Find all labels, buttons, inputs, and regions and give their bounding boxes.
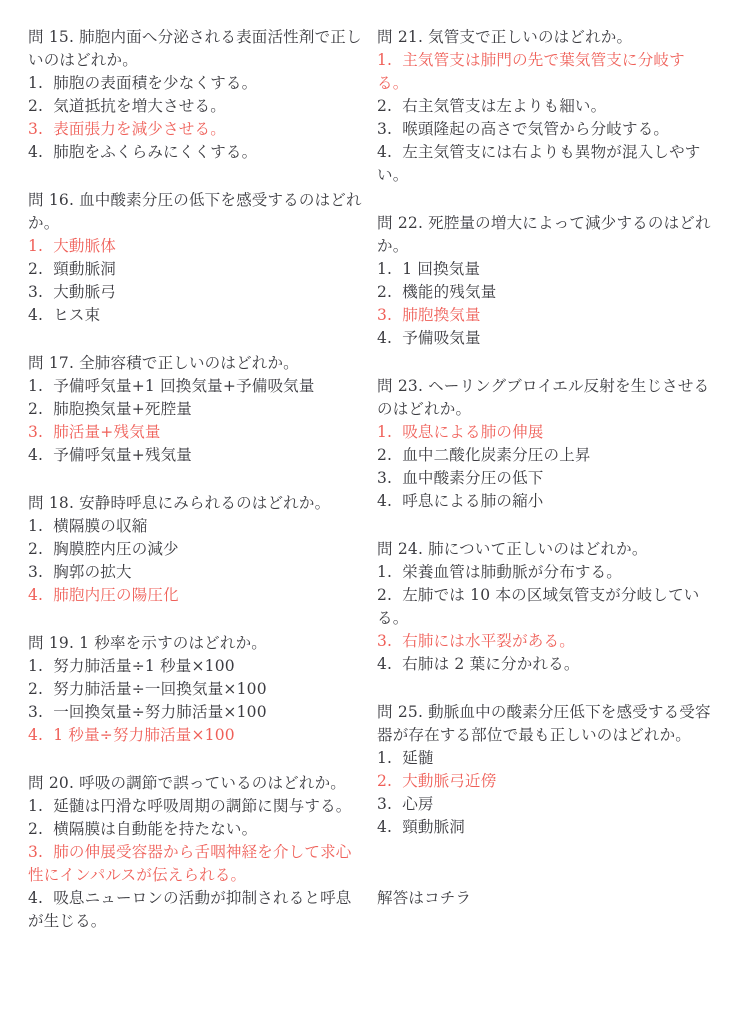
- answer-option: 3.喉頭隆起の高さで気管から分岐する。: [377, 118, 714, 141]
- question-title: 問 23.ヘーリングブロイエル反射を生じさせるのはどれか。: [377, 375, 714, 421]
- answer-option: 3.心房: [377, 793, 714, 816]
- option-text: 大動脈弓: [53, 283, 116, 301]
- option-text: 右肺には水平裂がある。: [402, 632, 575, 650]
- question-number: 問 23.: [377, 377, 423, 395]
- option-number: 3.: [377, 120, 392, 138]
- option-text: 肺の伸展受容器から舌咽神経を介して求心性にインパルスが伝えられる。: [28, 843, 352, 884]
- option-text: 血中酸素分圧の低下: [402, 469, 543, 487]
- option-number: 1.: [28, 74, 43, 92]
- answer-option: 2.左肺では 10 本の区域気管支が分岐している。: [377, 584, 714, 630]
- question-title: 問 18.安静時呼息にみられるのはどれか。: [28, 492, 365, 515]
- answer-option: 3.大動脈弓: [28, 281, 365, 304]
- option-text: 胸郭の拡大: [53, 563, 132, 581]
- answer-option: 2.血中二酸化炭素分圧の上昇: [377, 444, 714, 467]
- answer-option-correct: 4.1 秒量÷努力肺活量×100: [28, 724, 365, 747]
- option-number: 2.: [28, 260, 43, 278]
- answer-option-correct: 1.主気管支は肺門の先で葉気管支に分岐する。: [377, 49, 714, 95]
- answer-option-correct: 2.大動脈弓近傍: [377, 770, 714, 793]
- answer-option: 2.気道抵抗を増大させる。: [28, 95, 365, 118]
- option-number: 1.: [377, 749, 392, 767]
- answer-option: 4.ヒス束: [28, 304, 365, 327]
- option-text: 表面張力を減少させる。: [53, 120, 226, 138]
- option-text: 横隔膜は自動能を持たない。: [53, 820, 257, 838]
- option-number: 3.: [28, 843, 43, 861]
- option-number: 4.: [377, 492, 392, 510]
- answer-option: 4.予備吸気量: [377, 327, 714, 350]
- question-title: 問 24.肺について正しいのはどれか。: [377, 538, 714, 561]
- answer-option-correct: 3.肺の伸展受容器から舌咽神経を介して求心性にインパルスが伝えられる。: [28, 841, 365, 887]
- option-number: 3.: [28, 120, 43, 138]
- option-text: 気道抵抗を増大させる。: [53, 97, 226, 115]
- option-text: 予備呼気量+残気量: [53, 446, 192, 464]
- option-number: 4.: [377, 329, 392, 347]
- question-block: 問 16.血中酸素分圧の低下を感受するのはどれか。 1.大動脈体 2.頸動脈洞 …: [28, 189, 365, 327]
- answers-link[interactable]: 解答はコチラ: [377, 887, 714, 910]
- option-number: 4.: [28, 726, 43, 744]
- option-number: 4.: [377, 655, 392, 673]
- option-text: 肺胞の表面積を少なくする。: [53, 74, 257, 92]
- option-text: 肺胞換気量+死腔量: [53, 400, 192, 418]
- option-number: 3.: [28, 563, 43, 581]
- answer-option: 4.右肺は 2 葉に分かれる。: [377, 653, 714, 676]
- answer-option-correct: 3.右肺には水平裂がある。: [377, 630, 714, 653]
- option-number: 2.: [28, 97, 43, 115]
- option-number: 1.: [28, 517, 43, 535]
- right-column: 問 21.気管支で正しいのはどれか。 1.主気管支は肺門の先で葉気管支に分岐する…: [377, 26, 714, 958]
- option-text: 努力肺活量÷一回換気量×100: [53, 680, 267, 698]
- answer-option: 1.延髄は円滑な呼吸周期の調節に関与する。: [28, 795, 365, 818]
- question-title: 問 21.気管支で正しいのはどれか。: [377, 26, 714, 49]
- question-number: 問 22.: [377, 214, 423, 232]
- question-text: 気管支で正しいのはどれか。: [428, 28, 632, 46]
- left-column: 問 15.肺胞内面へ分泌される表面活性剤で正しいのはどれか。 1.肺胞の表面積を…: [28, 26, 365, 958]
- option-number: 1.: [377, 423, 392, 441]
- option-number: 2.: [28, 540, 43, 558]
- question-block: 問 24.肺について正しいのはどれか。 1.栄養血管は肺動脈が分布する。 2.左…: [377, 538, 714, 676]
- question-number: 問 18.: [28, 494, 74, 512]
- option-number: 4.: [377, 143, 392, 161]
- question-title: 問 15.肺胞内面へ分泌される表面活性剤で正しいのはどれか。: [28, 26, 365, 72]
- answer-option: 1.肺胞の表面積を少なくする。: [28, 72, 365, 95]
- question-text: 動脈血中の酸素分圧低下を感受する受容器が存在する部位で最も正しいのはどれか。: [377, 703, 711, 744]
- answer-option-correct: 3.肺胞換気量: [377, 304, 714, 327]
- question-number: 問 19.: [28, 634, 74, 652]
- answer-option-correct: 3.肺活量+残気量: [28, 421, 365, 444]
- question-block: 問 19.1 秒率を示すのはどれか。 1.努力肺活量÷1 秒量×100 2.努力…: [28, 632, 365, 747]
- option-text: 心房: [402, 795, 433, 813]
- answer-option: 3.一回換気量÷努力肺活量×100: [28, 701, 365, 724]
- option-text: 延髄: [402, 749, 433, 767]
- option-number: 3.: [377, 632, 392, 650]
- answer-option: 4.吸息ニューロンの活動が抑制されると呼息が生じる。: [28, 887, 365, 933]
- option-number: 3.: [377, 795, 392, 813]
- option-number: 2.: [377, 283, 392, 301]
- option-text: 右主気管支は左よりも細い。: [402, 97, 606, 115]
- option-text: 栄養血管は肺動脈が分布する。: [402, 563, 622, 581]
- option-text: 肺活量+残気量: [53, 423, 160, 441]
- option-number: 3.: [28, 283, 43, 301]
- option-number: 3.: [377, 306, 392, 324]
- answer-option: 4.呼息による肺の縮小: [377, 490, 714, 513]
- option-number: 2.: [377, 772, 392, 790]
- option-number: 3.: [377, 469, 392, 487]
- option-text: 吸息による肺の伸展: [402, 423, 543, 441]
- option-number: 3.: [28, 423, 43, 441]
- option-number: 2.: [28, 820, 43, 838]
- answer-option: 4.予備呼気量+残気量: [28, 444, 365, 467]
- answer-option: 2.右主気管支は左よりも細い。: [377, 95, 714, 118]
- option-text: 肺胞換気量: [402, 306, 481, 324]
- option-text: 1 秒量÷努力肺活量×100: [53, 726, 235, 744]
- option-text: 吸息ニューロンの活動が抑制されると呼息が生じる。: [28, 889, 352, 930]
- option-number: 4.: [28, 143, 43, 161]
- question-block: 問 20.呼吸の調節で誤っているのはどれか。 1.延髄は円滑な呼吸周期の調節に関…: [28, 772, 365, 933]
- option-text: 1 回換気量: [402, 260, 480, 278]
- answer-option: 1.横隔膜の収縮: [28, 515, 365, 538]
- question-number: 問 25.: [377, 703, 423, 721]
- option-text: 頸動脈洞: [53, 260, 116, 278]
- option-number: 1.: [377, 260, 392, 278]
- option-text: 胸膜腔内圧の減少: [53, 540, 179, 558]
- option-text: 大動脈体: [53, 237, 116, 255]
- option-text: 左主気管支には右よりも異物が混入しやすい。: [377, 143, 701, 184]
- answer-option: 2.努力肺活量÷一回換気量×100: [28, 678, 365, 701]
- option-number: 4.: [28, 306, 43, 324]
- question-number: 問 16.: [28, 191, 74, 209]
- option-text: 肺胞をふくらみにくくする。: [53, 143, 257, 161]
- question-text: 血中酸素分圧の低下を感受するのはどれか。: [28, 191, 362, 232]
- option-number: 1.: [28, 797, 43, 815]
- option-text: 努力肺活量÷1 秒量×100: [53, 657, 235, 675]
- question-block: 問 21.気管支で正しいのはどれか。 1.主気管支は肺門の先で葉気管支に分岐する…: [377, 26, 714, 187]
- answer-option: 1.予備呼気量+1 回換気量+予備吸気量: [28, 375, 365, 398]
- question-number: 問 17.: [28, 354, 74, 372]
- question-title: 問 25.動脈血中の酸素分圧低下を感受する受容器が存在する部位で最も正しいのはど…: [377, 701, 714, 747]
- option-number: 2.: [28, 400, 43, 418]
- question-text: 安静時呼息にみられるのはどれか。: [79, 494, 330, 512]
- quiz-document: 問 15.肺胞内面へ分泌される表面活性剤で正しいのはどれか。 1.肺胞の表面積を…: [0, 0, 742, 958]
- question-number: 問 15.: [28, 28, 74, 46]
- option-number: 4.: [28, 889, 43, 907]
- option-number: 4.: [28, 586, 43, 604]
- option-text: 呼息による肺の縮小: [402, 492, 543, 510]
- question-block: 問 23.ヘーリングブロイエル反射を生じさせるのはどれか。 1.吸息による肺の伸…: [377, 375, 714, 513]
- answer-option: 3.血中酸素分圧の低下: [377, 467, 714, 490]
- question-block: 問 17.全肺容積で正しいのはどれか。 1.予備呼気量+1 回換気量+予備吸気量…: [28, 352, 365, 467]
- question-title: 問 20.呼吸の調節で誤っているのはどれか。: [28, 772, 365, 795]
- option-number: 4.: [28, 446, 43, 464]
- answer-option-correct: 3.表面張力を減少させる。: [28, 118, 365, 141]
- question-text: 死腔量の増大によって減少するのはどれか。: [377, 214, 711, 255]
- option-text: 血中二酸化炭素分圧の上昇: [402, 446, 590, 464]
- option-text: 予備吸気量: [402, 329, 481, 347]
- answer-option: 1.延髄: [377, 747, 714, 770]
- option-text: 頸動脈洞: [402, 818, 465, 836]
- option-text: 大動脈弓近傍: [402, 772, 496, 790]
- answer-option: 1.栄養血管は肺動脈が分布する。: [377, 561, 714, 584]
- option-number: 1.: [28, 377, 43, 395]
- question-title: 問 17.全肺容積で正しいのはどれか。: [28, 352, 365, 375]
- question-text: 全肺容積で正しいのはどれか。: [79, 354, 299, 372]
- question-number: 問 20.: [28, 774, 74, 792]
- answer-option: 2.肺胞換気量+死腔量: [28, 398, 365, 421]
- option-text: 横隔膜の収縮: [53, 517, 147, 535]
- answer-option: 2.機能的残気量: [377, 281, 714, 304]
- option-text: 主気管支は肺門の先で葉気管支に分岐する。: [377, 51, 685, 92]
- answer-option: 4.左主気管支には右よりも異物が混入しやすい。: [377, 141, 714, 187]
- answer-option: 1.1 回換気量: [377, 258, 714, 281]
- option-text: 肺胞内圧の陽圧化: [53, 586, 179, 604]
- answer-option: 3.胸郭の拡大: [28, 561, 365, 584]
- question-title: 問 19.1 秒率を示すのはどれか。: [28, 632, 365, 655]
- answer-option: 4.肺胞をふくらみにくくする。: [28, 141, 365, 164]
- option-text: 左肺では 10 本の区域気管支が分岐している。: [377, 586, 699, 627]
- option-number: 2.: [377, 586, 392, 604]
- option-number: 4.: [377, 818, 392, 836]
- option-text: 一回換気量÷努力肺活量×100: [53, 703, 267, 721]
- question-text: 1 秒率を示すのはどれか。: [79, 634, 267, 652]
- option-text: 右肺は 2 葉に分かれる。: [402, 655, 579, 673]
- question-text: 肺について正しいのはどれか。: [428, 540, 648, 558]
- option-text: 喉頭隆起の高さで気管から分岐する。: [402, 120, 669, 138]
- answer-option-correct: 4.肺胞内圧の陽圧化: [28, 584, 365, 607]
- option-text: ヒス束: [53, 306, 100, 324]
- question-number: 問 24.: [377, 540, 423, 558]
- question-block: 問 22.死腔量の増大によって減少するのはどれか。 1.1 回換気量 2.機能的…: [377, 212, 714, 350]
- question-text: 呼吸の調節で誤っているのはどれか。: [79, 774, 346, 792]
- answer-option: 2.横隔膜は自動能を持たない。: [28, 818, 365, 841]
- question-title: 問 22.死腔量の増大によって減少するのはどれか。: [377, 212, 714, 258]
- question-block: 問 18.安静時呼息にみられるのはどれか。 1.横隔膜の収縮 2.胸膜腔内圧の減…: [28, 492, 365, 607]
- answer-option: 1.努力肺活量÷1 秒量×100: [28, 655, 365, 678]
- question-block: 問 15.肺胞内面へ分泌される表面活性剤で正しいのはどれか。 1.肺胞の表面積を…: [28, 26, 365, 164]
- question-text: 肺胞内面へ分泌される表面活性剤で正しいのはどれか。: [28, 28, 362, 69]
- option-number: 1.: [28, 657, 43, 675]
- option-text: 延髄は円滑な呼吸周期の調節に関与する。: [53, 797, 351, 815]
- question-number: 問 21.: [377, 28, 423, 46]
- answer-option: 4.頸動脈洞: [377, 816, 714, 839]
- answer-option: 2.頸動脈洞: [28, 258, 365, 281]
- answer-option-correct: 1.吸息による肺の伸展: [377, 421, 714, 444]
- answer-option: 2.胸膜腔内圧の減少: [28, 538, 365, 561]
- option-number: 2.: [377, 97, 392, 115]
- option-number: 2.: [28, 680, 43, 698]
- option-number: 3.: [28, 703, 43, 721]
- option-number: 1.: [28, 237, 43, 255]
- option-text: 機能的残気量: [402, 283, 496, 301]
- option-number: 1.: [377, 51, 392, 69]
- option-number: 1.: [377, 563, 392, 581]
- option-number: 2.: [377, 446, 392, 464]
- answer-option-correct: 1.大動脈体: [28, 235, 365, 258]
- option-text: 予備呼気量+1 回換気量+予備吸気量: [53, 377, 314, 395]
- question-text: ヘーリングブロイエル反射を生じさせるのはどれか。: [377, 377, 709, 418]
- question-block: 問 25.動脈血中の酸素分圧低下を感受する受容器が存在する部位で最も正しいのはど…: [377, 701, 714, 839]
- question-title: 問 16.血中酸素分圧の低下を感受するのはどれか。: [28, 189, 365, 235]
